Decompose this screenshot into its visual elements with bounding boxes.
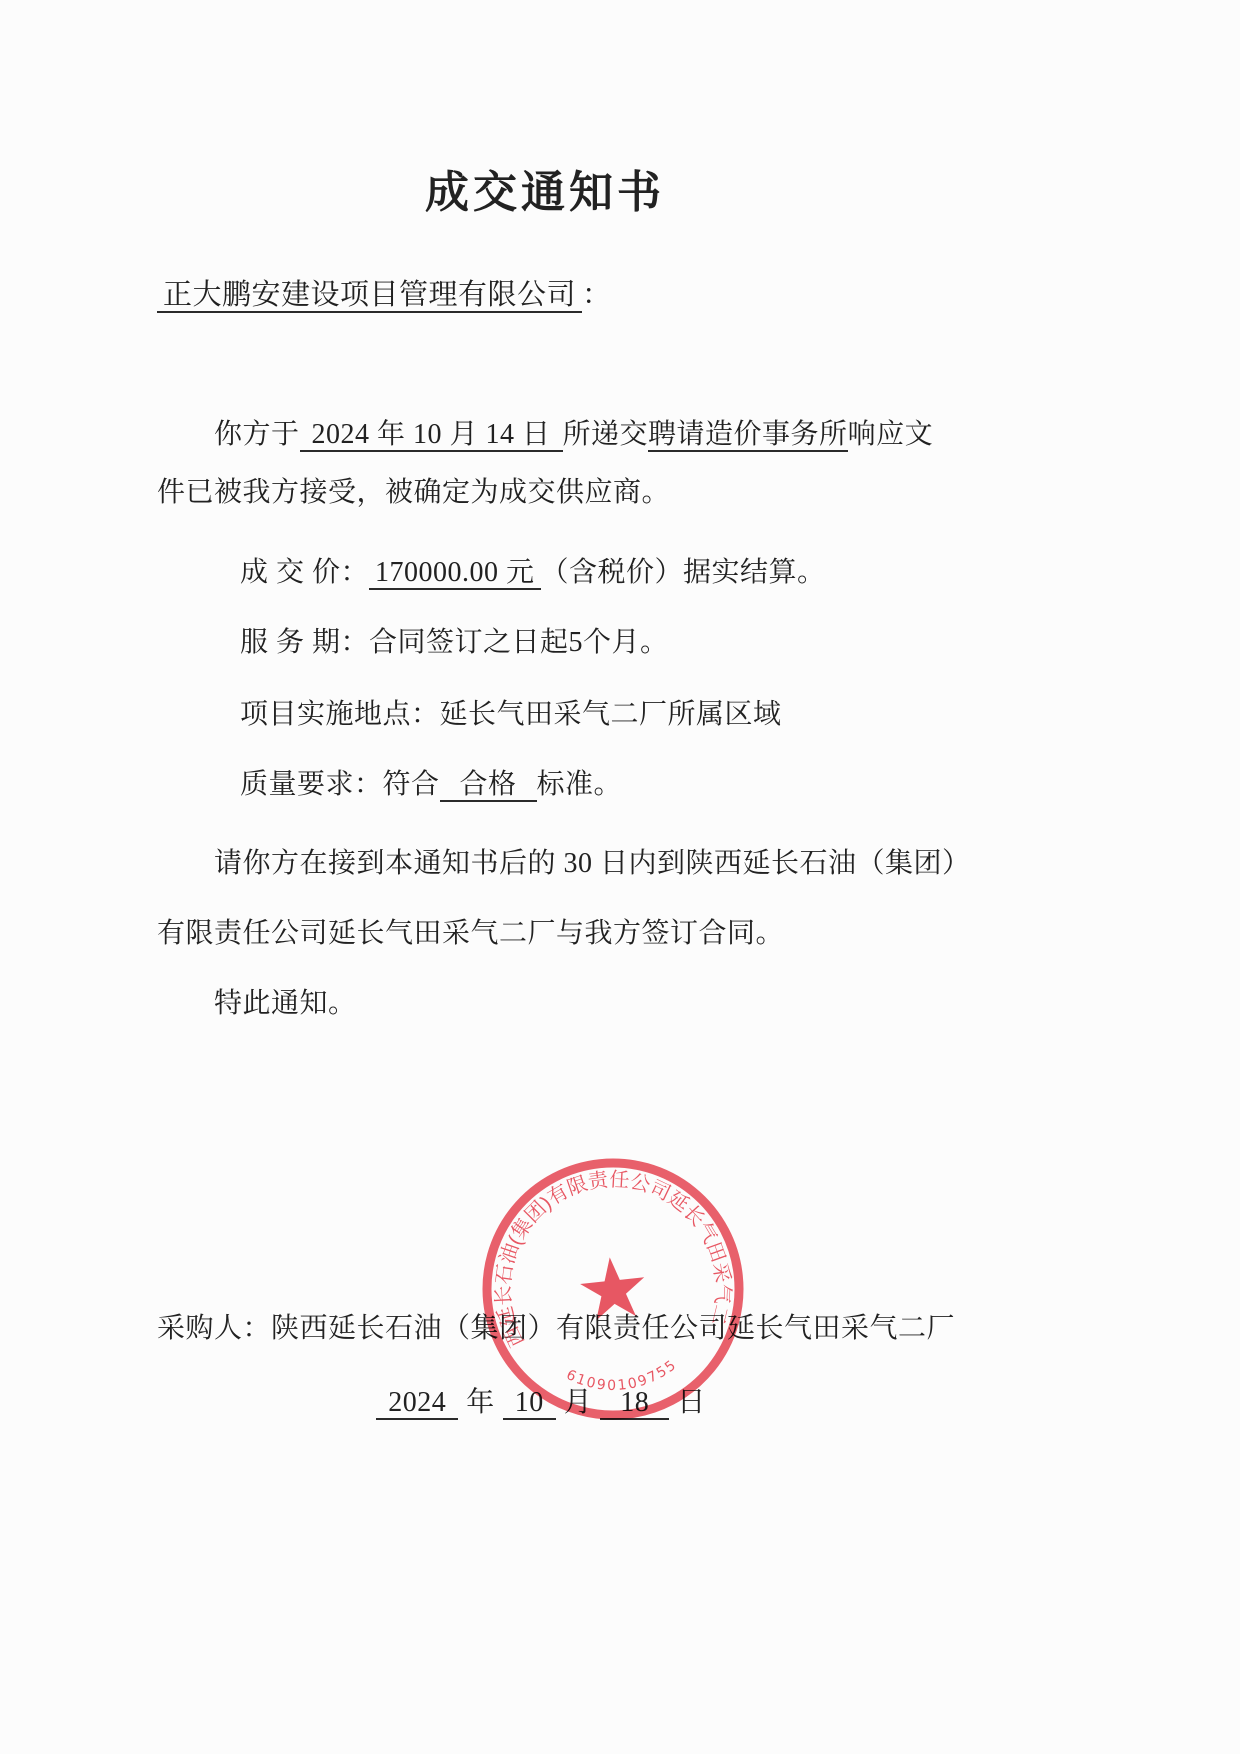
page-title: 成交通知书	[157, 156, 933, 220]
svg-text:61090109755: 61090109755	[562, 1356, 682, 1400]
service-period-line: 服 务 期：合同签订之日起5个月。	[240, 620, 669, 660]
recipient-colon: ：	[582, 279, 612, 311]
official-seal-stamp: 陕西延长石油(集团)有限责任公司延长气田采气二厂 61090109755 ★	[460, 1136, 766, 1442]
recipient-line: 正大鹏安建设项目管理有限公司：	[157, 272, 612, 313]
p1-project-name: 聘请造价事务所	[648, 419, 848, 452]
p1-prefix: 你方于	[214, 419, 300, 450]
paragraph1-line1: 你方于2024 年 10 月 14 日所递交聘请造价事务所响应文	[157, 412, 933, 452]
price-label: 成 交 价：	[240, 557, 369, 588]
location-line: 项目实施地点：延长气田采气二厂所属区域	[240, 692, 782, 732]
quality-prefix: 质量要求：符合	[240, 769, 440, 800]
quality-suffix: 标准。	[537, 769, 623, 800]
paragraph2-line2: 有限责任公司延长气田采气二厂与我方签订合同。	[157, 911, 784, 951]
price-value: 170000.00 元	[369, 557, 541, 590]
price-suffix: （含税价）据实结算。	[541, 557, 826, 588]
p1-mid: 所递交	[563, 419, 649, 450]
recipient-name: 正大鹏安建设项目管理有限公司	[157, 279, 582, 313]
stamp-star-icon: ★	[570, 1236, 655, 1341]
p1-submission-date: 2024 年 10 月 14 日	[300, 419, 563, 452]
purchaser-label: 采购人：	[157, 1313, 271, 1344]
closing-line: 特此通知。	[157, 981, 357, 1021]
date-year: 2024	[376, 1387, 458, 1420]
price-line: 成 交 价：170000.00 元（含税价）据实结算。	[240, 550, 826, 590]
stamp-code-text: 61090109755	[562, 1356, 682, 1400]
p1-suffix: 响应文	[848, 419, 934, 450]
paragraph2-line1: 请你方在接到本通知书后的 30 日内到陕西延长石油（集团）	[157, 841, 971, 881]
quality-value: 合格	[440, 769, 537, 802]
scanned-notice-page: 成交通知书 正大鹏安建设项目管理有限公司： 你方于2024 年 10 月 14 …	[0, 0, 1240, 1754]
quality-line: 质量要求：符合合格标准。	[240, 762, 622, 802]
paragraph1-line2: 件已被我方接受，被确定为成交供应商。	[157, 470, 670, 510]
